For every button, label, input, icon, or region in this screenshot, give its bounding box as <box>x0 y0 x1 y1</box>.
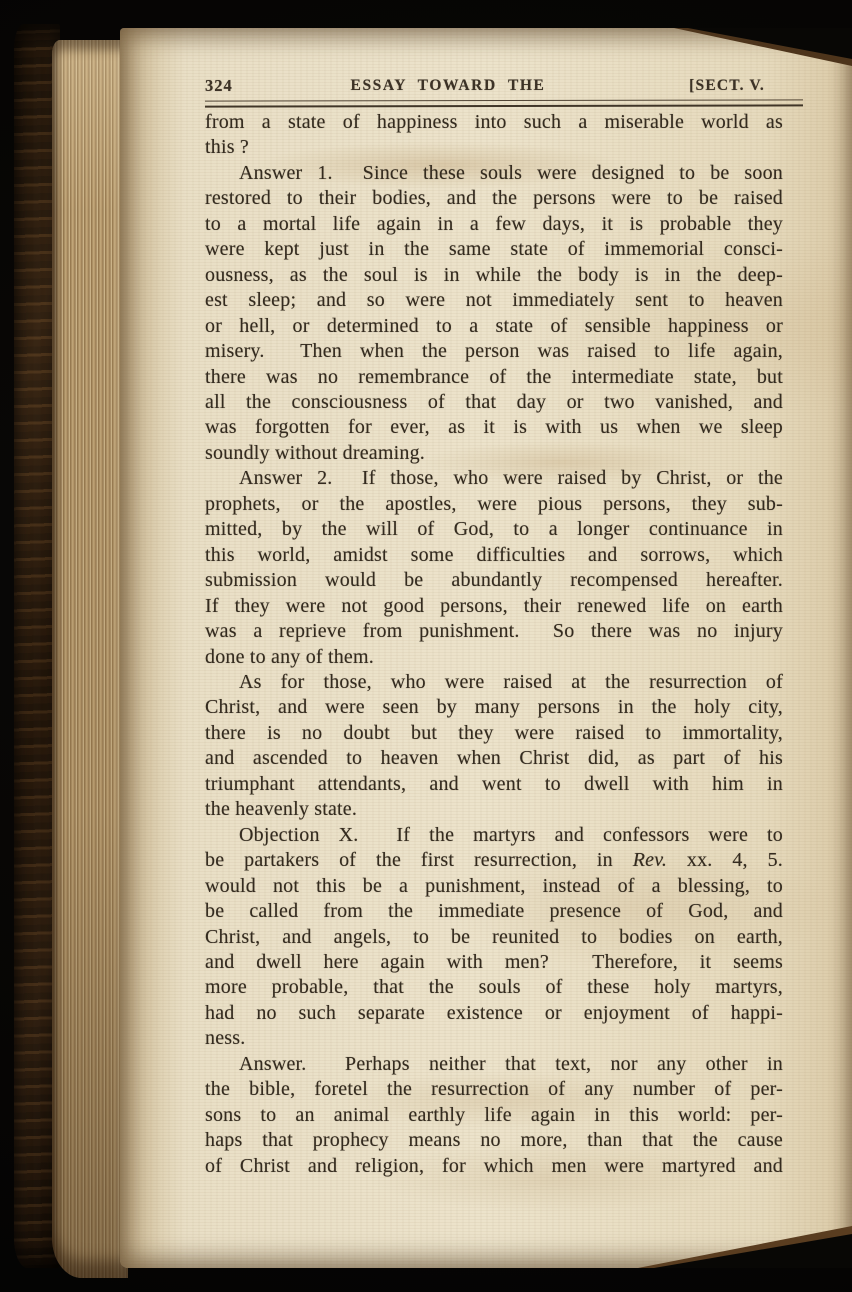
text-run: this world, amidst some difficulties and… <box>205 544 783 566</box>
text-line: misery. Then when the person was raised … <box>205 339 783 364</box>
text-run: all the consciousness of that day or two… <box>205 391 783 413</box>
text-line: If they were not good persons, their ren… <box>205 594 783 619</box>
text-line: ousness, as the soul is in while the bod… <box>205 263 783 288</box>
text-run: Answer 1. Since these souls were designe… <box>239 162 783 184</box>
text-run: of Christ and religion, for which men we… <box>205 1155 783 1177</box>
text-line: soundly without dreaming. <box>205 441 783 466</box>
text-line: submission would be abundantly recompens… <box>205 568 783 593</box>
text-run: sons to an animal earthly life again in … <box>205 1104 783 1126</box>
text-run: done to any of them. <box>205 646 374 668</box>
page-corner-cover-sliver-bottom-right <box>638 1226 852 1268</box>
section-label: [SECT. V. <box>689 77 765 95</box>
text-run: prophets, or the apostles, were pious pe… <box>205 493 783 515</box>
text-line: to a mortal life again in a few days, it… <box>205 212 783 237</box>
text-line: or hell, or determined to a state of sen… <box>205 314 783 339</box>
text-run: xx. 4, 5. <box>667 849 783 871</box>
text-run: Christ, and were seen by many persons in… <box>205 696 783 718</box>
text-run: to a mortal life again in a few days, it… <box>205 213 783 235</box>
text-line: and ascended to heaven when Christ did, … <box>205 746 783 771</box>
text-run: Christ, and angels, to be reunited to bo… <box>205 926 783 948</box>
text-line: more probable, that the souls of these h… <box>205 975 783 1000</box>
text-line: all the consciousness of that day or two… <box>205 390 783 415</box>
text-line: restored to their bodies, and the person… <box>205 186 783 211</box>
text-run: was a reprieve from punishment. So there… <box>205 620 783 642</box>
text-line: haps that prophecy means no more, than t… <box>205 1128 783 1153</box>
text-run: mitted, by the will of God, to a longer … <box>205 518 783 540</box>
text-run: If they were not good persons, their ren… <box>205 595 783 617</box>
text-run: triumphant attendants, and went to dwell… <box>205 773 783 795</box>
running-head: 324 ESSAY TOWARD THE [SECT. V. <box>205 76 801 98</box>
text-run: be partakers of the first resurrection, … <box>205 849 633 871</box>
scripture-reference-italic: Rev. <box>633 849 667 871</box>
text-run: or hell, or determined to a state of sen… <box>205 315 783 337</box>
text-run: est sleep; and so were not immediately s… <box>205 289 783 311</box>
text-line: As for those, who were raised at the res… <box>205 670 783 695</box>
text-run: this ? <box>205 136 249 158</box>
text-line: this ? <box>205 135 783 160</box>
text-line: Christ, and were seen by many persons in… <box>205 695 783 720</box>
text-line: were kept just in the same state of imme… <box>205 237 783 262</box>
text-run: soundly without dreaming. <box>205 442 425 464</box>
text-run: more probable, that the souls of these h… <box>205 976 783 998</box>
text-run: misery. Then when the person was raised … <box>205 340 783 362</box>
text-line: from a state of happiness into such a mi… <box>205 110 783 135</box>
text-line: be called from the immediate presence of… <box>205 899 783 924</box>
header-double-rule <box>205 99 803 107</box>
book-page-edges <box>52 40 128 1278</box>
text-run: from a state of happiness into such a mi… <box>205 111 783 133</box>
text-run: ousness, as the soul is in while the bod… <box>205 264 783 286</box>
text-run: there was no remembrance of the intermed… <box>205 366 783 388</box>
photo-background: 324 ESSAY TOWARD THE [SECT. V. from a st… <box>0 0 852 1292</box>
text-line: ness. <box>205 1026 783 1051</box>
text-line: done to any of them. <box>205 645 783 670</box>
running-title: ESSAY TOWARD THE <box>205 77 691 95</box>
text-line: there is no doubt but they were raised t… <box>205 721 783 746</box>
text-run: Objection X. If the martyrs and confesso… <box>239 824 783 846</box>
text-run: had no such separate existence or enjoym… <box>205 1002 783 1024</box>
text-line: Answer 1. Since these souls were designe… <box>205 161 783 186</box>
text-line: of Christ and religion, for which men we… <box>205 1154 783 1179</box>
text-run: restored to their bodies, and the person… <box>205 187 783 209</box>
text-run: and dwell here again with men? Therefore… <box>205 951 783 973</box>
text-line: had no such separate existence or enjoym… <box>205 1001 783 1026</box>
text-run: the bible, foretel the resurrection of a… <box>205 1078 783 1100</box>
page-corner-shadow-top-right <box>688 28 852 59</box>
text-run: were kept just in the same state of imme… <box>205 238 783 260</box>
text-line: triumphant attendants, and went to dwell… <box>205 772 783 797</box>
text-line: would not this be a punishment, instead … <box>205 874 783 899</box>
text-run: ness. <box>205 1027 245 1049</box>
text-run: and ascended to heaven when Christ did, … <box>205 747 783 769</box>
page-corner-cover-sliver-top-right <box>674 28 852 66</box>
text-line: was a reprieve from punishment. So there… <box>205 619 783 644</box>
text-line: Objection X. If the martyrs and confesso… <box>205 823 783 848</box>
text-line: Christ, and angels, to be reunited to bo… <box>205 925 783 950</box>
text-line: Answer 2. If those, who were raised by C… <box>205 466 783 491</box>
text-line: there was no remembrance of the intermed… <box>205 365 783 390</box>
text-run: Answer. Perhaps neither that text, nor a… <box>239 1053 783 1075</box>
page-body: from a state of happiness into such a mi… <box>205 110 783 1179</box>
text-line: was forgotten for ever, as it is with us… <box>205 415 783 440</box>
text-line: the heavenly state. <box>205 797 783 822</box>
text-run: submission would be abundantly recompens… <box>205 569 783 591</box>
text-line: est sleep; and so were not immediately s… <box>205 288 783 313</box>
text-run: was forgotten for ever, as it is with us… <box>205 416 783 438</box>
text-run: would not this be a punishment, instead … <box>205 875 783 897</box>
text-line: prophets, or the apostles, were pious pe… <box>205 492 783 517</box>
text-run: there is no doubt but they were raised t… <box>205 722 783 744</box>
text-run: be called from the immediate presence of… <box>205 900 783 922</box>
text-run: the heavenly state. <box>205 798 357 820</box>
text-line: and dwell here again with men? Therefore… <box>205 950 783 975</box>
text-line: Answer. Perhaps neither that text, nor a… <box>205 1052 783 1077</box>
book-page: 324 ESSAY TOWARD THE [SECT. V. from a st… <box>120 28 852 1268</box>
page-corner-shadow-bottom-right <box>654 1234 852 1268</box>
text-line: be partakers of the first resurrection, … <box>205 848 783 873</box>
text-line: the bible, foretel the resurrection of a… <box>205 1077 783 1102</box>
text-run: Answer 2. If those, who were raised by C… <box>239 467 783 489</box>
text-line: sons to an animal earthly life again in … <box>205 1103 783 1128</box>
text-run: haps that prophecy means no more, than t… <box>205 1129 783 1151</box>
text-line: mitted, by the will of God, to a longer … <box>205 517 783 542</box>
text-line: this world, amidst some difficulties and… <box>205 543 783 568</box>
text-run: As for those, who were raised at the res… <box>239 671 783 693</box>
